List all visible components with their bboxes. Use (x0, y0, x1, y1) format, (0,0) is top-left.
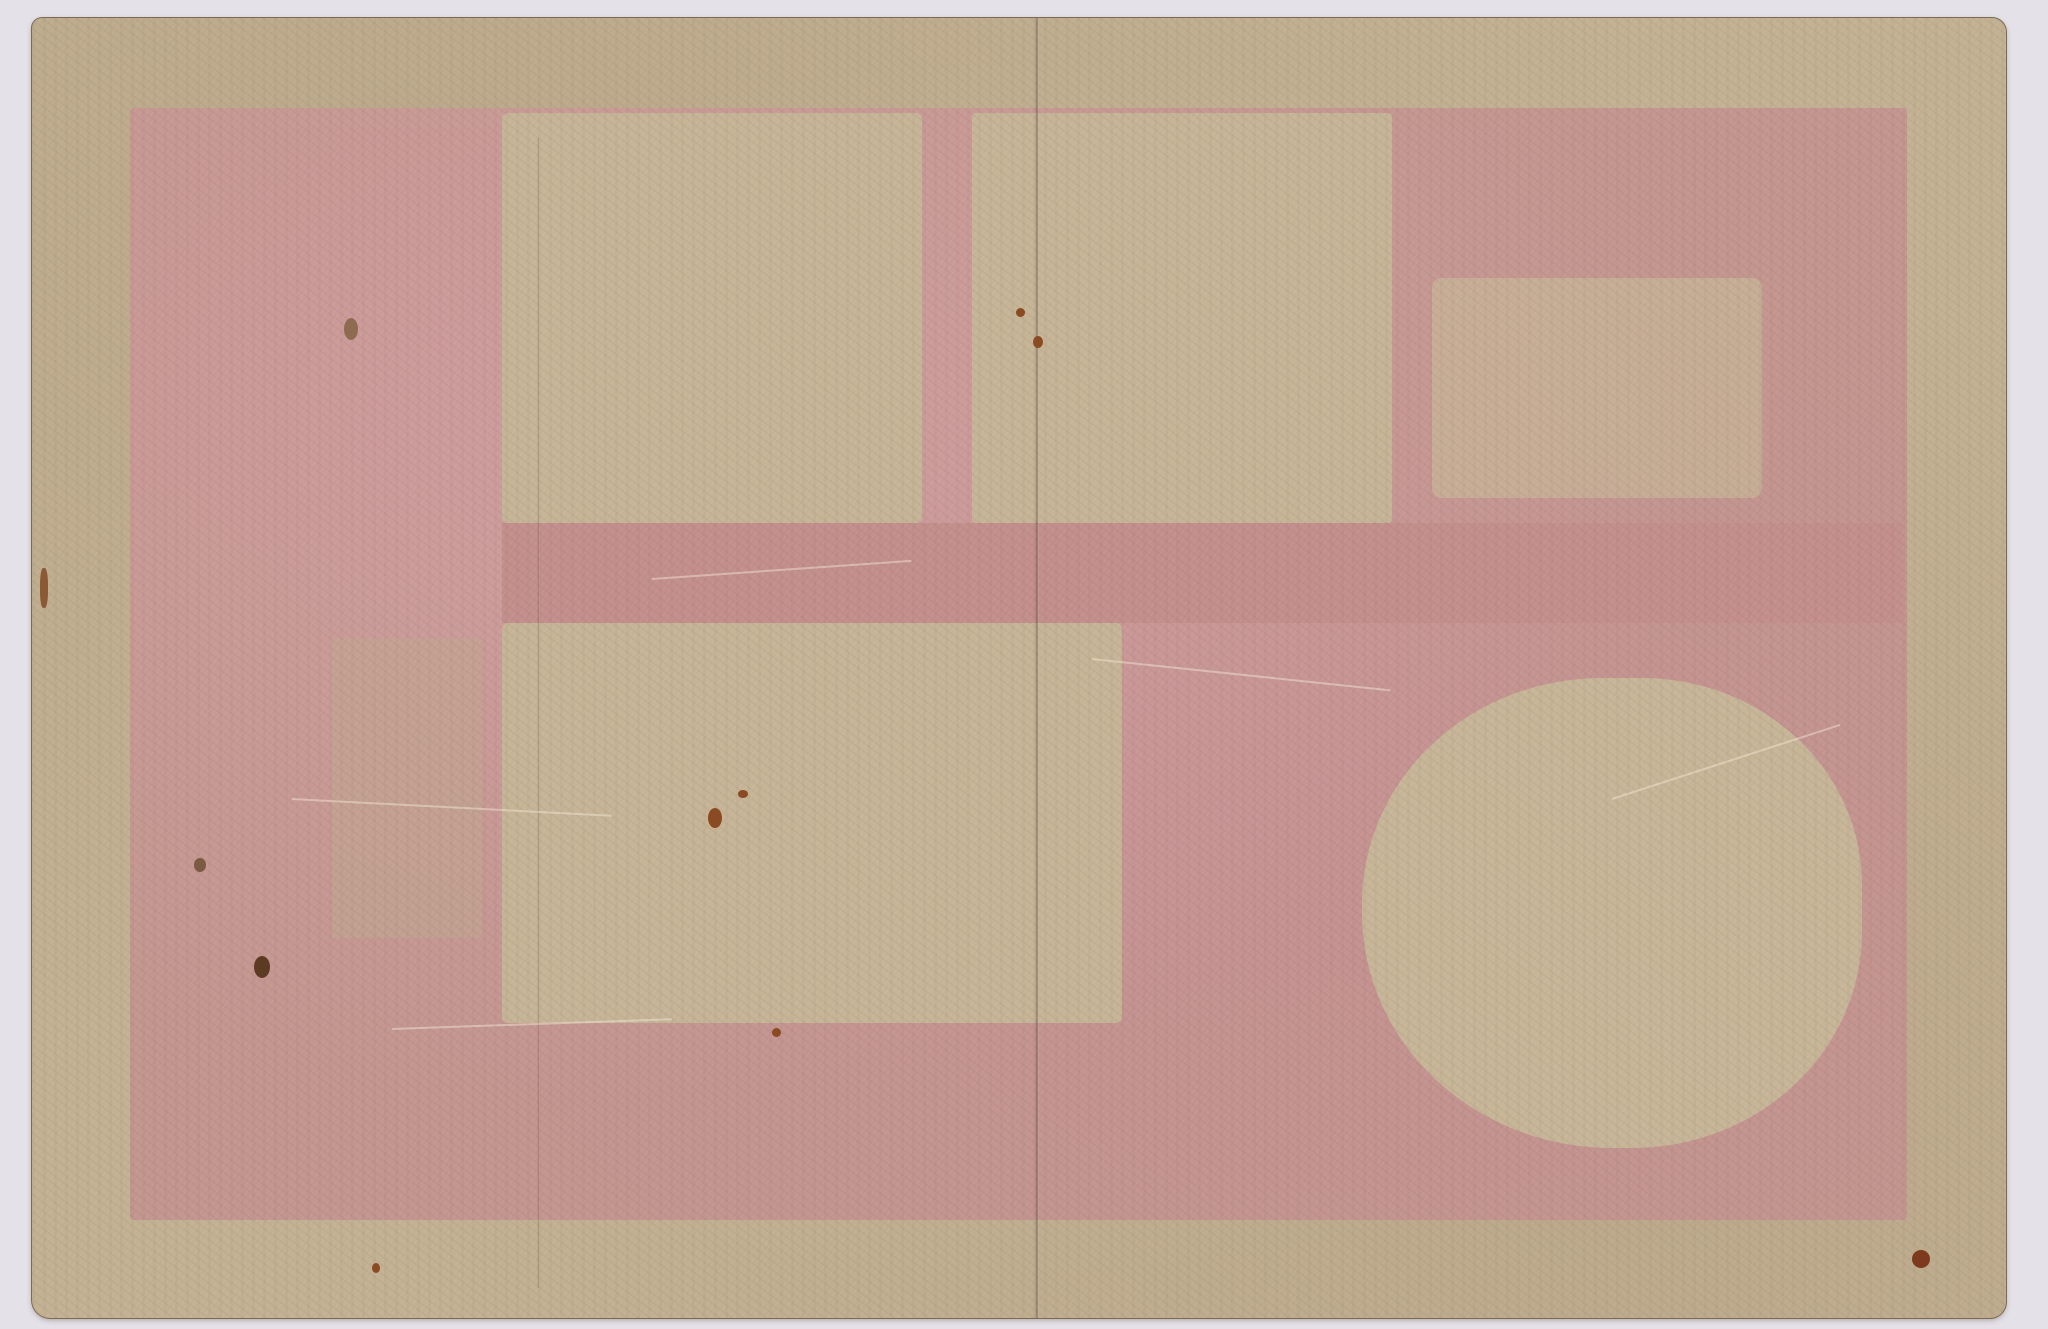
rust-spot (372, 1263, 380, 1273)
edge-stain (40, 568, 48, 608)
rust-spot (772, 1028, 781, 1037)
photo-scene (0, 0, 2048, 1329)
light-block-lower-left (502, 623, 1122, 1023)
rust-spot (708, 808, 722, 828)
light-block-upper-left (502, 113, 922, 523)
rust-spot (1033, 336, 1043, 348)
center-fold-line (1035, 18, 1039, 1318)
banknote-paper (32, 18, 2006, 1318)
light-ring-inner-right (1362, 678, 1862, 1148)
rust-spot (1912, 1250, 1930, 1268)
rust-spot (1016, 308, 1025, 317)
shaded-stem-left (332, 638, 482, 938)
rust-spot (738, 790, 748, 798)
light-block-upper-right (1432, 278, 1762, 498)
dark-stain-spot (254, 956, 270, 978)
stain-spot (194, 858, 206, 872)
stain-spot (344, 318, 358, 340)
left-fold-line (537, 138, 540, 1288)
